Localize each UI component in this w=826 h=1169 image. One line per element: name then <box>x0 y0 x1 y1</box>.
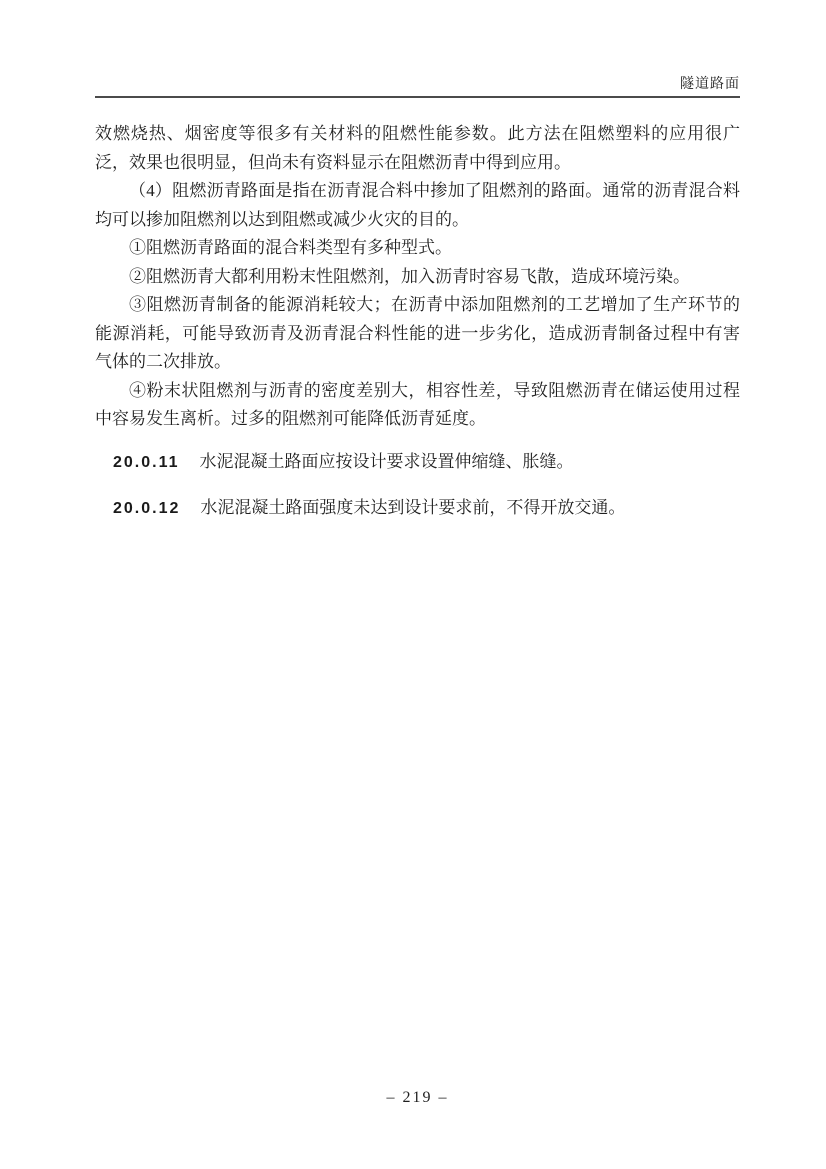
body-paragraph-continuation: 效燃烧热、烟密度等很多有关材料的阻燃性能参数。此方法在阻燃塑料的应用很广泛，效果… <box>95 120 740 177</box>
body-paragraph-item-4: （4）阻燃沥青路面是指在沥青混合料中掺加了阻燃剂的路面。通常的沥青混合料均可以掺… <box>95 177 740 234</box>
body-paragraph-circled-4: ④粉末状阻燃剂与沥青的密度差别大，相容性差，导致阻燃沥青在储运使用过程中容易发生… <box>95 377 740 434</box>
page-number: – 219 – <box>95 1089 740 1107</box>
clause-text: 水泥混凝土路面强度未达到设计要求前，不得开放交通。 <box>200 494 625 522</box>
clause-text: 水泥混凝土路面应按设计要求设置伸缩缝、胀缝。 <box>200 448 574 476</box>
body-paragraph-circled-2: ②阻燃沥青大都利用粉末性阻燃剂，加入沥青时容易飞散，造成环境污染。 <box>95 263 740 292</box>
document-body: 效燃烧热、烟密度等很多有关材料的阻燃性能参数。此方法在阻燃塑料的应用很广泛，效果… <box>95 120 740 523</box>
document-page: 隧道路面 效燃烧热、烟密度等很多有关材料的阻燃性能参数。此方法在阻燃塑料的应用很… <box>0 0 826 1169</box>
clause-20-0-12: 20.0.12 水泥混凝土路面强度未达到设计要求前，不得开放交通。 <box>95 494 740 523</box>
header-rule <box>95 96 740 98</box>
running-header-title: 隧道路面 <box>95 76 740 93</box>
clause-20-0-11: 20.0.11 水泥混凝土路面应按设计要求设置伸缩缝、胀缝。 <box>95 448 740 477</box>
page-content: 隧道路面 效燃烧热、烟密度等很多有关材料的阻燃性能参数。此方法在阻燃塑料的应用很… <box>95 0 740 523</box>
body-paragraph-circled-1: ①阻燃沥青路面的混合料类型有多种型式。 <box>95 234 740 263</box>
clause-number: 20.0.12 <box>113 495 180 523</box>
clause-number: 20.0.11 <box>113 449 180 477</box>
body-paragraph-circled-3: ③阻燃沥青制备的能源消耗较大；在沥青中添加阻燃剂的工艺增加了生产环节的能源消耗，… <box>95 291 740 377</box>
